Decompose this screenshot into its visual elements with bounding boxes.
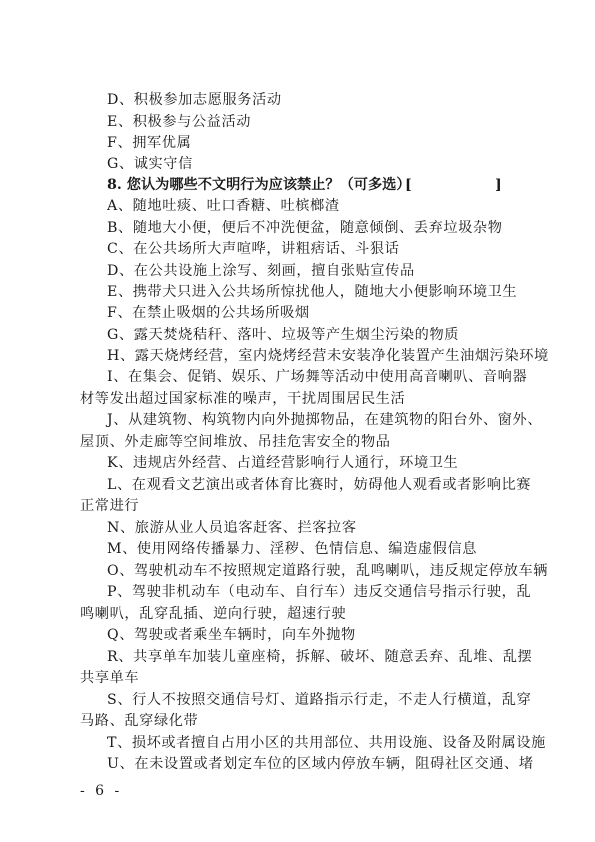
option-a: A、随地吐痰、吐口香糖、吐槟榔渣 [107, 196, 512, 216]
option-t: T、损坏或者擅自占用小区的共用部位、共用设施、设备及附属设施 [107, 733, 512, 753]
option-j: J、从建筑物、构筑物内向外抛掷物品，在建筑物的阳台外、窗外、 [107, 410, 512, 430]
option-l: L、在观看文艺演出或者体育比赛时，妨碍他人观看或者影响比赛 [107, 475, 512, 495]
option-p-cont: 鸣喇叭，乱穿乱插、逆向行驶，超速行驶 [80, 604, 512, 624]
option-k: K、违规店外经营、占道经营影响行人通行，环境卫生 [107, 453, 512, 473]
option-i-cont: 材等发出超过国家标准的噪声，干扰周围居民生活 [80, 389, 512, 409]
option-l-cont: 正常进行 [80, 496, 512, 516]
option-r: R、共享单车加装儿童座椅，拆解、破坏、随意丢弃、乱堆、乱摆 [107, 647, 512, 667]
option-s: S、行人不按照交通信号灯、道路指示行走，不走人行横道，乱穿 [107, 690, 512, 710]
prev-option-e: E、积极参与公益活动 [107, 112, 512, 132]
option-d: D、在公共设施上涂写、刻画，擅自张贴宣传品 [107, 261, 512, 281]
answer-bracket-open: [ [405, 175, 412, 195]
option-q: Q、驾驶或者乘坐车辆时，向车外抛物 [107, 625, 512, 645]
option-i: I、在集会、促销、娱乐、广场舞等活动中使用高音喇叭、音响器 [107, 367, 512, 387]
page-number: - 6 - [80, 783, 122, 799]
answer-bracket-close: ] [495, 175, 502, 195]
prev-option-g: G、诚实守信 [107, 154, 512, 174]
option-o: O、驾驶机动车不按照规定道路行驶，乱鸣喇叭，违反规定停放车辆 [107, 561, 512, 581]
prev-option-f: F、拥军优属 [107, 133, 512, 153]
option-j-cont: 屋顶、外走廊等空间堆放、吊挂危害安全的物品 [80, 432, 512, 452]
question-8: 8. 您认为哪些不文明行为应该禁止？（可多选） [ ] [107, 175, 512, 195]
option-h: H、露天烧烤经营，室内烧烤经营未安装净化装置产生油烟污染环境 [107, 346, 512, 366]
option-f: F、在禁止吸烟的公共场所吸烟 [107, 303, 512, 323]
option-n: N、旅游从业人员追客赶客、拦客拉客 [107, 518, 512, 538]
option-g: G、露天焚烧秸秆、落叶、垃圾等产生烟尘污染的物质 [107, 325, 512, 345]
option-p: P、驾驶非机动车（电动车、自行车）违反交通信号指示行驶，乱 [107, 582, 512, 602]
option-s-cont: 马路、乱穿绿化带 [80, 711, 512, 731]
option-m: M、使用网络传播暴力、淫秽、色情信息、编造虚假信息 [107, 539, 512, 559]
prev-option-d: D、积极参加志愿服务活动 [107, 90, 512, 110]
option-u: U、在未设置或者划定车位的区域内停放车辆，阻碍社区交通、堵 [107, 754, 512, 774]
question-text: 8. 您认为哪些不文明行为应该禁止？（可多选） [107, 177, 411, 193]
option-b: B、随地大小便，便后不冲洗便盆，随意倾倒、丢弃垃圾杂物 [107, 218, 512, 238]
option-r-cont: 共享单车 [80, 668, 512, 688]
document-page: D、积极参加志愿服务活动 E、积极参与公益活动 F、拥军优属 G、诚实守信 8.… [0, 0, 595, 842]
option-e: E、携带犬只进入公共场所惊扰他人，随地大小便影响环境卫生 [107, 282, 512, 302]
option-c: C、在公共场所大声喧哗，讲粗痞话、斗狠话 [107, 239, 512, 259]
